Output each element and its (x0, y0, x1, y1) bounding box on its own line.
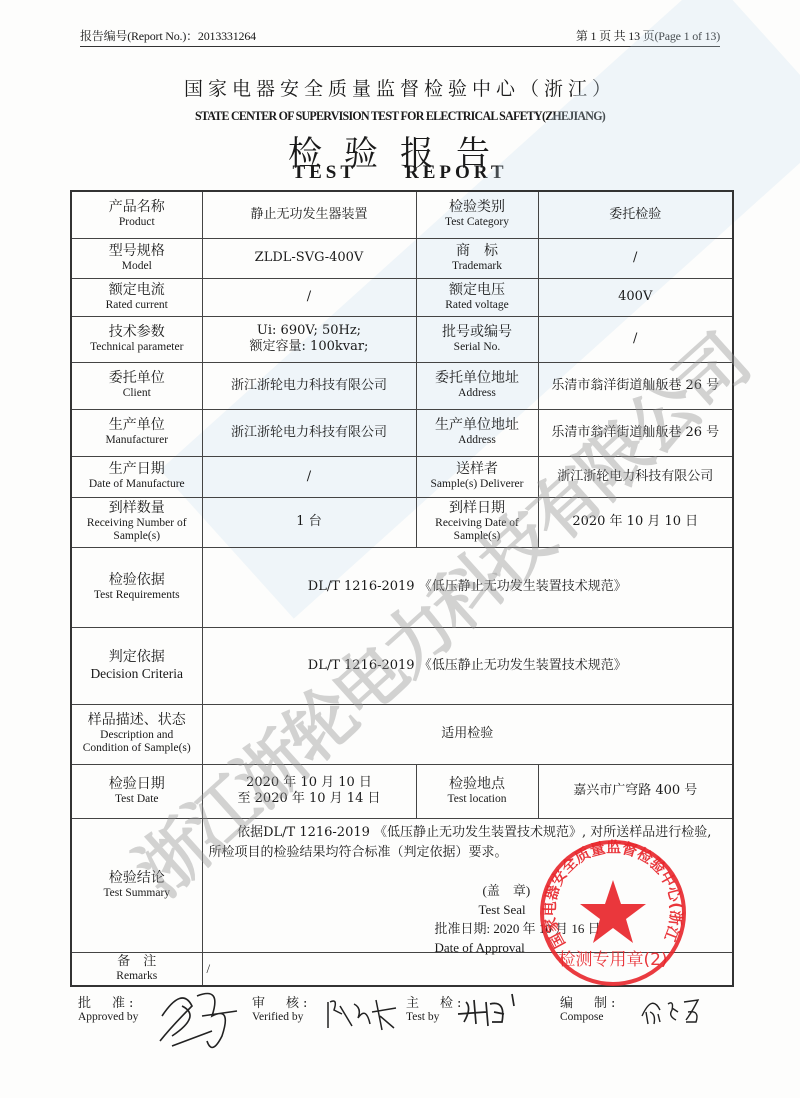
verified-signature (324, 994, 404, 1034)
organization-name-cn: 国家电器安全质量监督检验中心（浙江） (0, 74, 800, 101)
value-trademark: / (538, 238, 733, 278)
label-receiving-number: 到样数量Receiving Number ofSample(s) (71, 497, 202, 547)
table-row: 样品描述、状态Description andCondition of Sampl… (71, 704, 733, 764)
signature-row: 批 准:Approved by 审 核:Verified by 主 检:Test… (70, 992, 750, 1062)
label-trademark: 商 标Trademark (416, 238, 538, 278)
value-client-address: 乐清市翁洋街道舢舨巷 26 号 (538, 362, 733, 409)
table-row: 生产日期Date of Manufacture / 送样者Sample(s) D… (71, 456, 733, 497)
label-product: 产品名称Product (71, 191, 202, 238)
seal-label-en: Test Seal (435, 900, 601, 919)
value-receiving-number: 1 台 (202, 497, 416, 547)
label-test-date: 检验日期Test Date (71, 764, 202, 818)
label-manufacturer: 生产单位Manufacturer (71, 409, 202, 456)
organization-name-en: STATE CENTER OF SUPERVISION TEST FOR ELE… (32, 108, 768, 124)
approved-by: 批 准:Approved by (78, 992, 138, 1023)
compose-signature (638, 992, 718, 1028)
seal-block: (盖 章) Test Seal 批准日期: 2020 年 10 月 16 日 D… (435, 881, 601, 957)
label-test-category: 检验类别Test Category (416, 191, 538, 238)
table-row: 检验依据Test Requirements DL/T 1216-2019 《低压… (71, 547, 733, 627)
table-row: 产品名称Product 静止无功发生器装置 检验类别Test Category … (71, 191, 733, 238)
summary-text: 依据DL/T 1216-2019 《低压静止无功发生装置技术规范》, 对所送样品… (209, 823, 727, 863)
table-row: 技术参数Technical parameter Ui: 690V; 50Hz;额… (71, 316, 733, 362)
value-sample-description: 适用检验 (202, 704, 733, 764)
value-test-location: 嘉兴市广穹路 400 号 (538, 764, 733, 818)
compose: 编 制:Compose (560, 992, 619, 1023)
title-en-report: REPORT (405, 162, 508, 183)
value-remarks: / (202, 952, 733, 986)
value-rated-voltage: 400V (538, 278, 733, 316)
label-sample-description: 样品描述、状态Description andCondition of Sampl… (71, 704, 202, 764)
value-technical-parameter: Ui: 690V; 50Hz;额定容量: 100kvar; (202, 316, 416, 362)
table-row: 型号规格Model ZLDL-SVG-400V 商 标Trademark / (71, 238, 733, 278)
report-header: 报告编号(Report No.)：2013331264 第 1 页 共 13 页… (80, 24, 720, 47)
table-row: 检验结论Test Summary 依据DL/T 1216-2019 《低压静止无… (71, 818, 733, 952)
table-row: 检验日期Test Date 2020 年 10 月 10 日至 2020 年 1… (71, 764, 733, 818)
table-row: 备 注Remarks / (71, 952, 733, 986)
table-row: 判定依据Decision Criteria DL/T 1216-2019 《低压… (71, 627, 733, 704)
label-receiving-date: 到样日期Receiving Date ofSample(s) (416, 497, 538, 547)
title-en-test: TEST (292, 162, 357, 183)
report-title-en: TESTREPORT (0, 162, 800, 184)
report-table: 产品名称Product 静止无功发生器装置 检验类别Test Category … (70, 190, 734, 987)
label-serial-no: 批号或编号Serial No. (416, 316, 538, 362)
label-rated-voltage: 额定电压Rated voltage (416, 278, 538, 316)
label-decision-criteria: 判定依据Decision Criteria (71, 627, 202, 704)
value-rated-current: / (202, 278, 416, 316)
label-test-requirements: 检验依据Test Requirements (71, 547, 202, 627)
report-number: 报告编号(Report No.)：2013331264 (80, 27, 256, 44)
label-manufacturer-address: 生产单位地址Address (416, 409, 538, 456)
verified-by: 审 核:Verified by (252, 992, 311, 1023)
seal-label-cn: (盖 章) (435, 881, 601, 900)
label-remarks: 备 注Remarks (71, 952, 202, 986)
value-test-category: 委托检验 (538, 191, 733, 238)
label-client: 委托单位Client (71, 362, 202, 409)
label-date-of-manufacture: 生产日期Date of Manufacture (71, 456, 202, 497)
label-technical-parameter: 技术参数Technical parameter (71, 316, 202, 362)
value-manufacturer: 浙江浙轮电力科技有限公司 (202, 409, 416, 456)
table-row: 到样数量Receiving Number ofSample(s) 1 台 到样日… (71, 497, 733, 547)
approved-signature (152, 986, 242, 1056)
value-serial-no: / (538, 316, 733, 362)
label-client-address: 委托单位地址Address (416, 362, 538, 409)
page-info: 第 1 页 共 13 页(Page 1 of 13) (576, 27, 720, 44)
value-decision-criteria: DL/T 1216-2019 《低压静止无功发生装置技术规范》 (202, 627, 733, 704)
value-receiving-date: 2020 年 10 月 10 日 (538, 497, 733, 547)
value-sample-deliverer: 浙江浙轮电力科技有限公司 (538, 456, 733, 497)
label-sample-deliverer: 送样者Sample(s) Deliverer (416, 456, 538, 497)
value-date-of-manufacture: / (202, 456, 416, 497)
value-test-requirements: DL/T 1216-2019 《低压静止无功发生装置技术规范》 (202, 547, 733, 627)
value-test-date: 2020 年 10 月 10 日至 2020 年 10 月 14 日 (202, 764, 416, 818)
table-row: 额定电流Rated current / 额定电压Rated voltage 40… (71, 278, 733, 316)
value-product: 静止无功发生器装置 (202, 191, 416, 238)
label-test-summary: 检验结论Test Summary (71, 818, 202, 952)
approval-date: 批准日期: 2020 年 10 月 16 日 (435, 919, 601, 938)
label-model: 型号规格Model (71, 238, 202, 278)
table-row: 生产单位Manufacturer 浙江浙轮电力科技有限公司 生产单位地址Addr… (71, 409, 733, 456)
approval-date-en: Date of Approval (435, 938, 601, 957)
value-model: ZLDL-SVG-400V (202, 238, 416, 278)
value-client: 浙江浙轮电力科技有限公司 (202, 362, 416, 409)
value-test-summary: 依据DL/T 1216-2019 《低压静止无功发生装置技术规范》, 对所送样品… (202, 818, 733, 952)
value-manufacturer-address: 乐清市翁洋街道舢舨巷 26 号 (538, 409, 733, 456)
label-test-location: 检验地点Test location (416, 764, 538, 818)
table-row: 委托单位Client 浙江浙轮电力科技有限公司 委托单位地址Address 乐清… (71, 362, 733, 409)
test-by-signature (456, 992, 526, 1032)
label-rated-current: 额定电流Rated current (71, 278, 202, 316)
